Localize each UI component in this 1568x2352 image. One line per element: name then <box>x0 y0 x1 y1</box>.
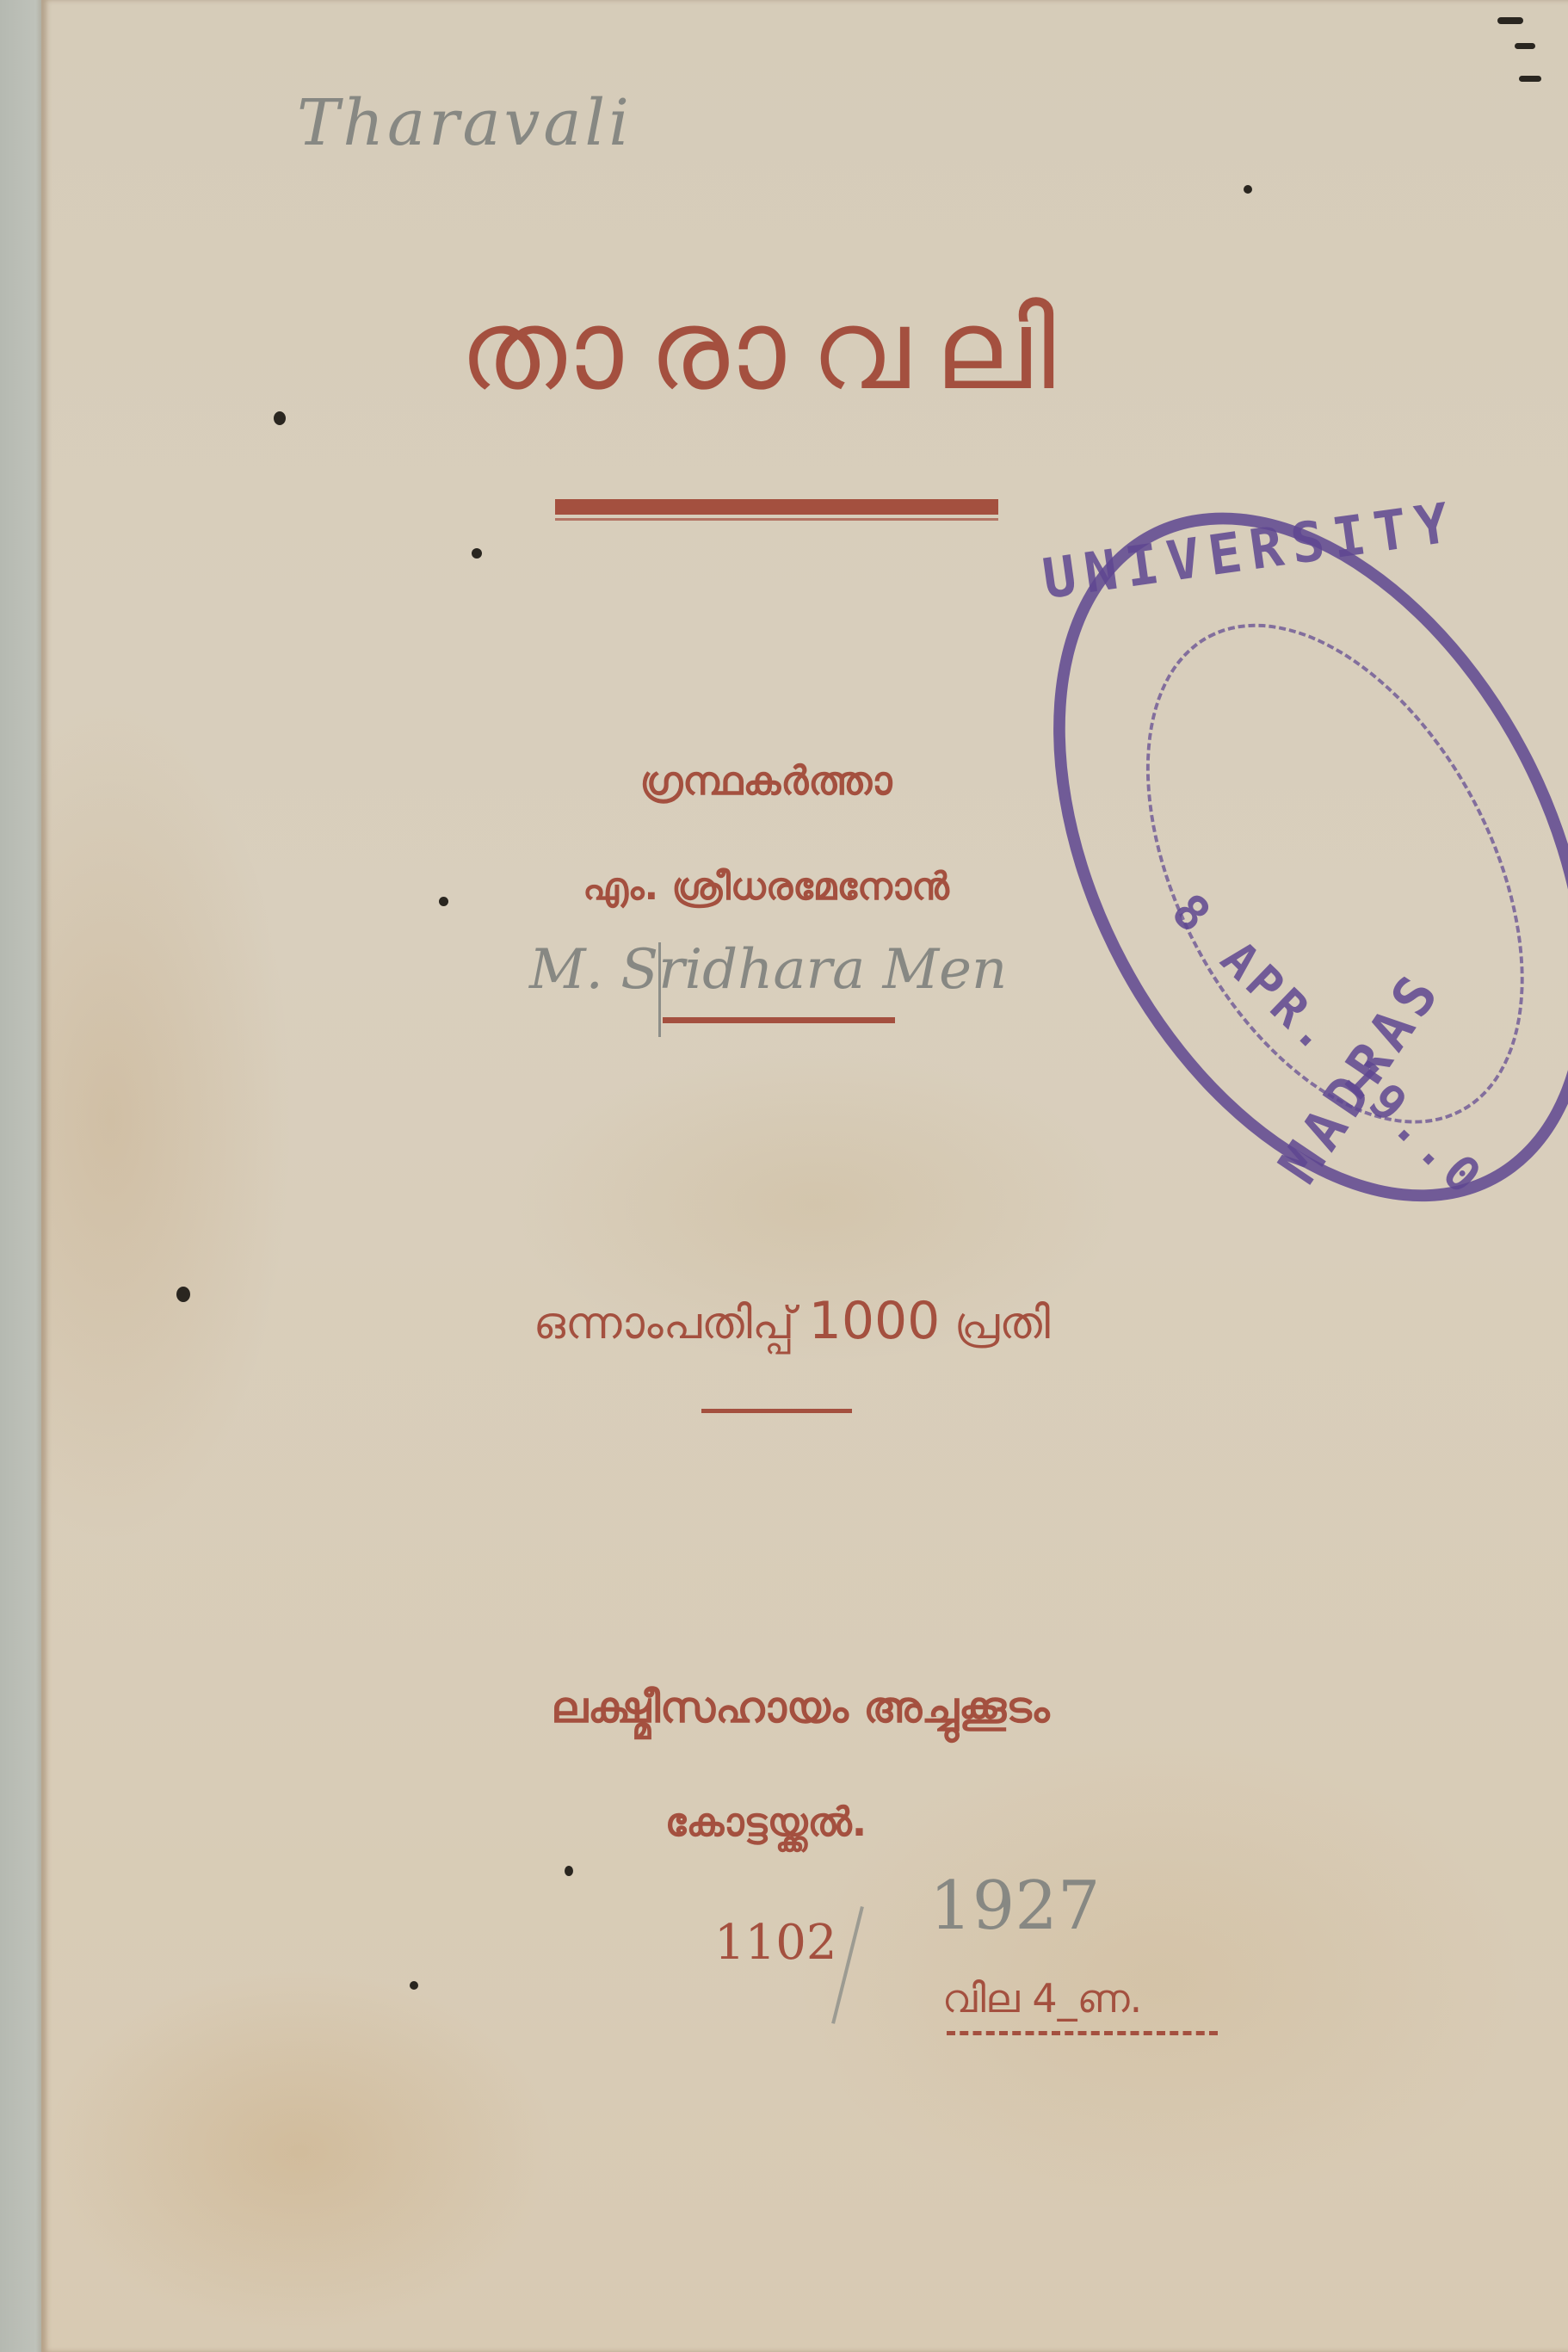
ink-speck <box>1519 76 1541 82</box>
price-amount: 4 <box>1032 1975 1057 2022</box>
price-underline <box>947 2031 1218 2035</box>
ink-speck <box>274 411 286 425</box>
ink-speck <box>1244 185 1252 194</box>
title-rule-thin <box>555 518 998 521</box>
ink-speck <box>410 1981 418 1990</box>
price-unit: ണ. <box>1077 1975 1143 2022</box>
handwritten-title-note: Tharavali <box>297 86 633 160</box>
ink-speck <box>439 897 448 906</box>
edition-line: ഒന്നാംപതിപ്പ് 1000 പ്രതി <box>465 1291 1119 1351</box>
publication-year-me: 1102 <box>714 1915 837 1971</box>
author-name: എം. ശ്രീധരമേനോൻ <box>508 865 1024 909</box>
binding-margin <box>0 0 45 2352</box>
press-name: ലക്ഷ്മീസഹായം അച്ചുക്കൂടം <box>465 1682 1136 1733</box>
ink-speck <box>176 1287 190 1302</box>
edition-rule <box>701 1409 852 1413</box>
price-line: വില 4_ണ. <box>942 1975 1142 2023</box>
handwritten-year-note: 1927 <box>929 1867 1101 1945</box>
handwritten-author-note: M. Sridhara Men <box>529 938 1007 1002</box>
price-label: വില <box>942 1975 1020 2022</box>
edition-copies: 1000 <box>809 1291 941 1351</box>
ink-speck <box>1515 43 1535 49</box>
title-rule <box>555 499 998 515</box>
ink-speck <box>1497 17 1523 24</box>
book-title: താരാവലി <box>370 284 1170 417</box>
author-label: ഗ്രന്ഥകർത്താ <box>585 757 947 806</box>
edition-unit: പ്രതി <box>954 1298 1050 1349</box>
ink-speck <box>565 1866 573 1876</box>
author-rule <box>663 1017 895 1023</box>
ink-speck <box>472 548 482 559</box>
edition-label: ഒന്നാംപതിപ്പ് <box>534 1298 794 1349</box>
press-place: കോട്ടയ്ക്കൽ. <box>637 1799 895 1847</box>
